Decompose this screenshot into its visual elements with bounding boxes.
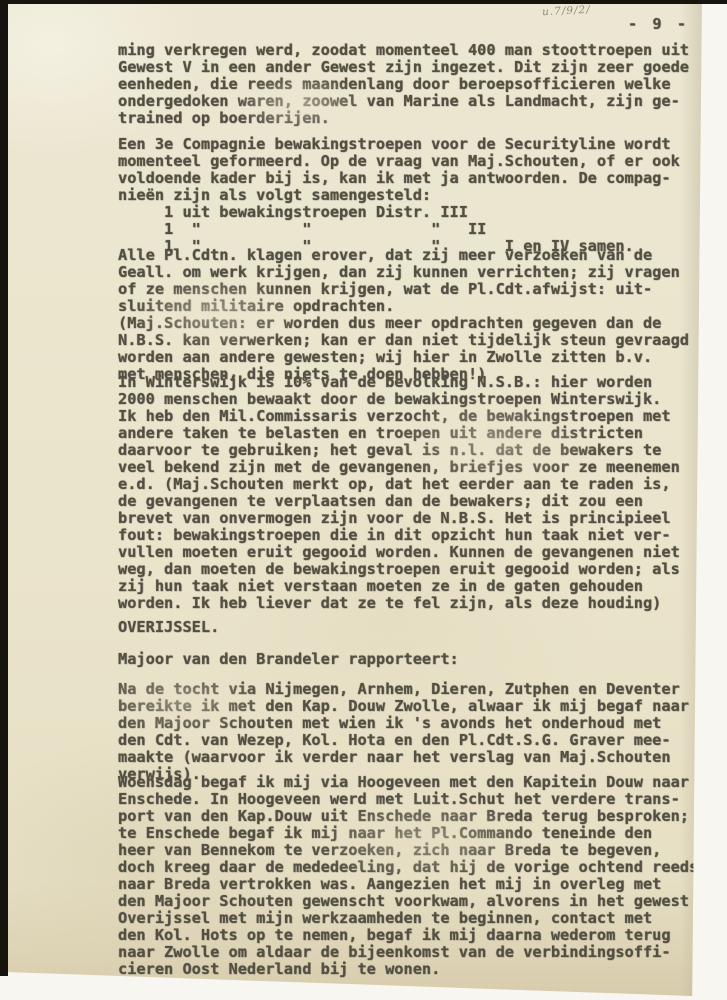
scan-border-top bbox=[0, 0, 727, 4]
page-number: - 9 - bbox=[628, 16, 689, 33]
paragraph-woensdag-enschede: Woensdag begaf ik mij via Hoogeveen met … bbox=[118, 774, 698, 978]
scan-border-left bbox=[0, 0, 8, 976]
paragraph-stoottroepen: ming verkregen werd, zoodat momenteel 40… bbox=[118, 42, 689, 127]
paragraph-winterswijk-bewaking: In Winterswijk is 10% van de bevolking N… bbox=[118, 374, 680, 612]
paragraph-compagnie-samenstelling: Een 3e Compagnie bewakingstroepen voor d… bbox=[118, 136, 680, 255]
paper-sheet: u.7/9/2/ - 9 - ming verkregen werd, zood… bbox=[8, 4, 704, 1000]
paragraph-tocht-naar-zwolle: Na de tocht via Nijmegen, Arnhem, Dieren… bbox=[118, 681, 689, 783]
rapporteur-line: Majoor van den Brandeler rapporteert: bbox=[118, 651, 459, 668]
paragraph-plaatselijke-commandanten: Alle Pl.Cdtn. klagen erover, dat zij mee… bbox=[118, 247, 689, 383]
handwritten-annotation: u.7/9/2/ bbox=[542, 4, 591, 19]
scanned-document-page: u.7/9/2/ - 9 - ming verkregen werd, zood… bbox=[0, 0, 727, 1000]
section-heading-overijssel: OVERIJSSEL. bbox=[118, 619, 219, 636]
